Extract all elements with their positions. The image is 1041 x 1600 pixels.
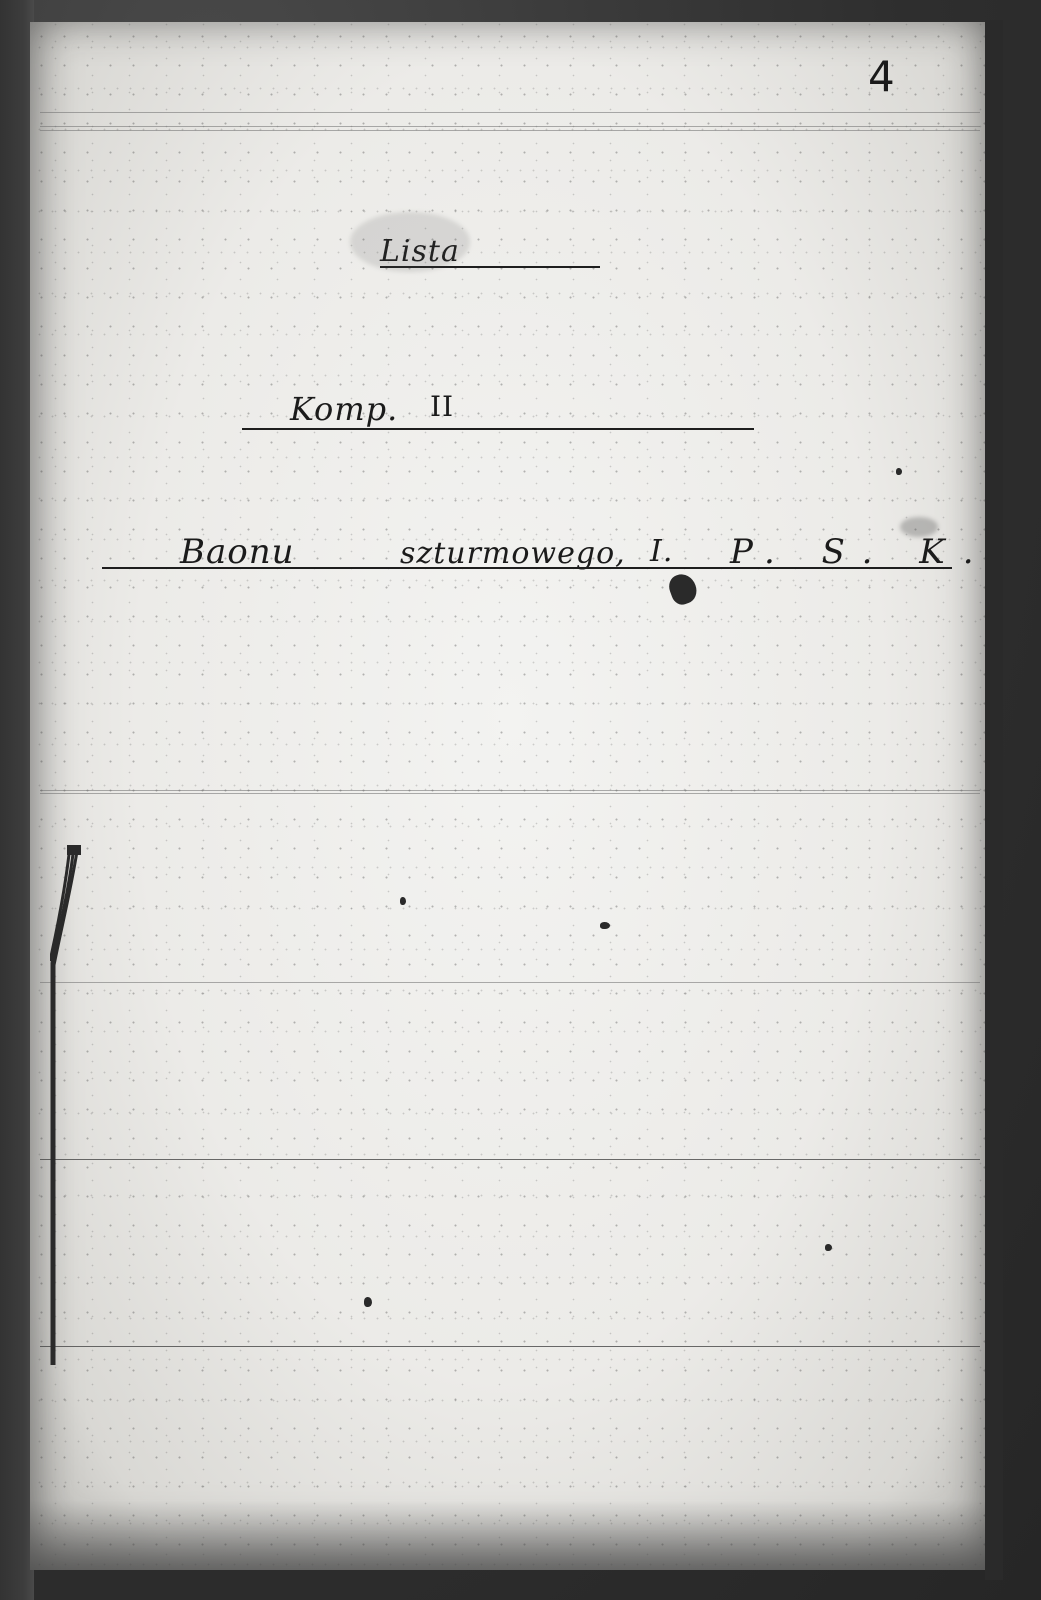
ruled-line [40,982,980,983]
unit-word-baonu: Baonu [180,532,295,572]
ruled-line [40,1346,980,1347]
ink-speck [364,1297,372,1307]
ink-speck [825,1244,832,1251]
unit-numeral: I. [650,534,673,569]
company-underline [242,428,754,430]
company-label: Komp. [290,390,398,428]
unit-underline [102,567,952,569]
binding-spine [0,0,34,1600]
ink-smudge [900,517,938,537]
ruled-line [40,793,980,794]
page-edge-shadow [30,1500,990,1570]
ink-speck [400,897,406,905]
ruled-line [40,1159,980,1160]
ruled-line [40,130,980,131]
scanned-document: 4 Lista Komp. II Baonu szturmowego, I. P… [0,0,1041,1600]
ruled-line [40,126,980,127]
document-page: 4 Lista Komp. II Baonu szturmowego, I. P… [30,22,990,1570]
ruled-line [40,790,980,791]
page-number: 4 [868,56,895,98]
ruled-line [40,112,980,113]
company-number: II [430,390,454,423]
unit-letters: P. S. K. [730,532,992,572]
ink-smudge [350,212,470,272]
ink-speck [896,468,902,475]
unit-word-szturmowego: szturmowego, [400,536,626,571]
page-right-edge [985,20,1003,1580]
ink-blot [666,570,701,607]
binding-string-icon [50,845,90,1365]
ink-speck [600,922,610,929]
